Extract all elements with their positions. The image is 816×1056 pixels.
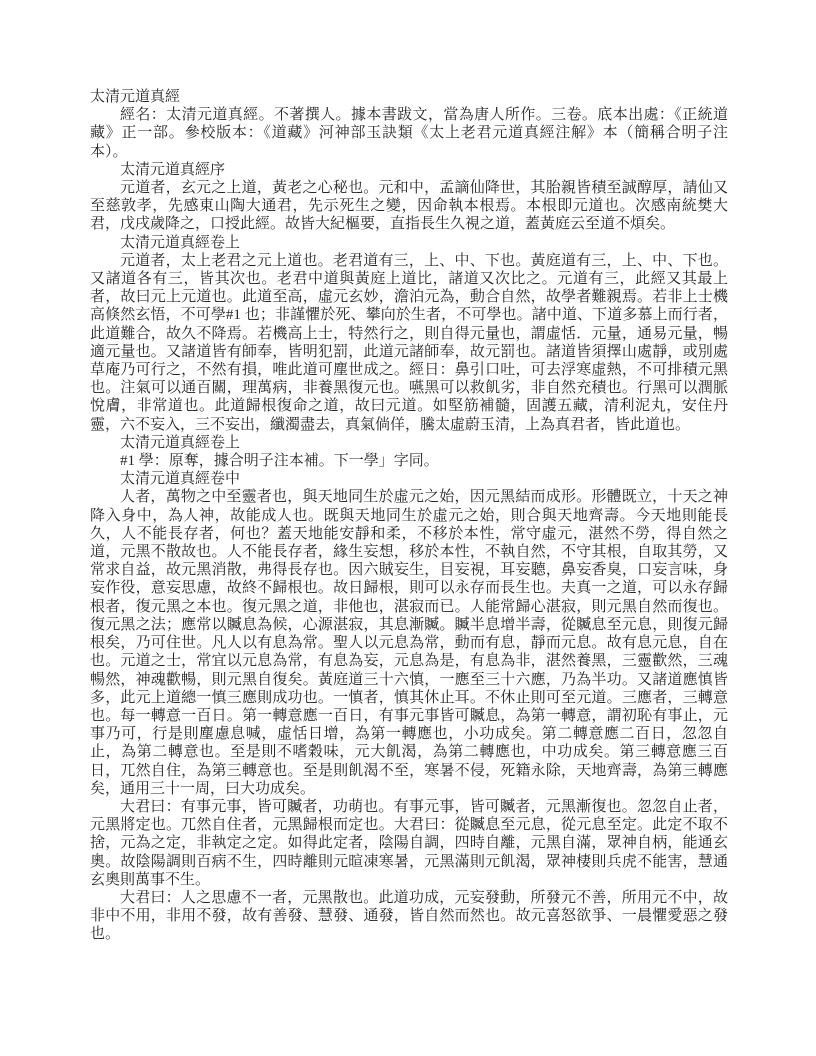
section-heading-scroll-1: 太清元道真經卷上 bbox=[90, 234, 728, 252]
document-page: 太清元道真經 經名：太清元道真經。不著撰人。據本書跋文，當為唐人所作。三卷。底本… bbox=[0, 0, 816, 1056]
preface-paragraph: 元道者，玄元之上道，黃老之心秘也。元和中，孟謫仙降世，其胎親皆積至誠醇厚，請仙又… bbox=[90, 179, 728, 234]
scroll-1-paragraph: 元道者，太上老君之元上道也。老君道有三，上、中、下也。黃庭道有三，上、中、下也。… bbox=[90, 252, 728, 434]
section-heading-scroll-2: 太清元道真經卷中 bbox=[90, 470, 728, 488]
footnote-paragraph: #1 學：原奪，據合明子注本補。下一學」字同。 bbox=[90, 452, 728, 470]
document-title: 太清元道真經 bbox=[90, 88, 728, 106]
scroll-2-paragraph: 人者，萬物之中至靈者也，與天地同生於虛元之始，因元黑結而成形。形體既立，十天之神… bbox=[90, 488, 728, 797]
dajun-paragraph-2: 大君曰：人之思慮不一者，元黑散也。此道功成，元妄發動，所發元不善，所用元不中，故… bbox=[90, 889, 728, 944]
colophon-paragraph: 經名：太清元道真經。不著撰人。據本書跋文，當為唐人所作。三卷。底本出處：《正統道… bbox=[90, 106, 728, 161]
section-heading-preface: 太清元道真經序 bbox=[90, 161, 728, 179]
text-block: 太清元道真經 經名：太清元道真經。不著撰人。據本書跋文，當為唐人所作。三卷。底本… bbox=[90, 88, 728, 944]
dajun-paragraph-1: 大君曰：有事元事，皆可贓者，功萌也。有事元事，皆可贓者，元黑漸復也。忽忽自止者，… bbox=[90, 798, 728, 889]
section-heading-scroll-1-end: 太清元道真經卷上 bbox=[90, 434, 728, 452]
